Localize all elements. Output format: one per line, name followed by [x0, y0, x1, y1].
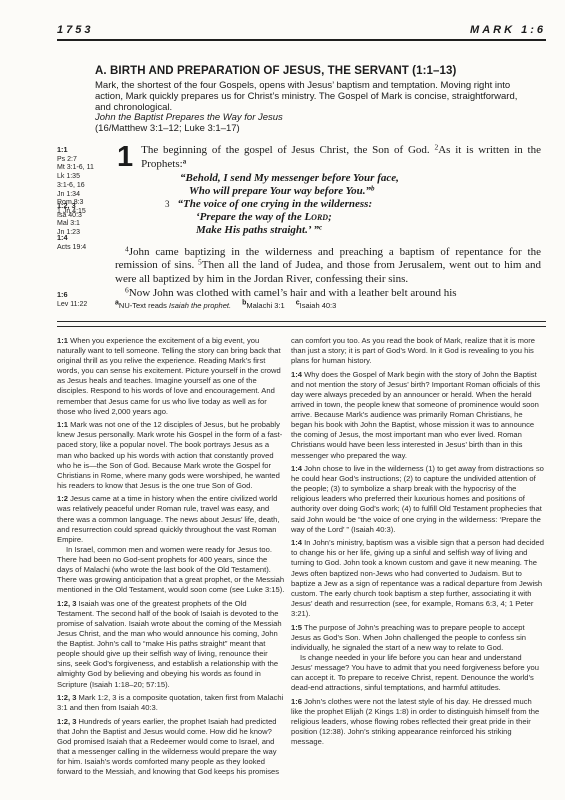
note-verse-label: 1:6: [291, 697, 302, 706]
page-header: 1753 MARK 1:6: [57, 24, 546, 36]
verse-1-2-paragraph: 1The beginning of the gospel of Jesus Ch…: [115, 144, 541, 172]
commentary-note: 1:6 John’s clothes were not the latest s…: [291, 697, 544, 747]
commentary-column-left: 1:1 When you experience the excitement o…: [57, 336, 285, 781]
note-verse-label: 1:5: [291, 623, 302, 632]
page-number: 1753: [57, 24, 93, 36]
poetry-line-text: “Behold, I send My messenger before Your…: [180, 172, 399, 184]
note-verse-label: 1:2, 3: [57, 599, 76, 608]
note-text: John chose to live in the wilderness (1)…: [291, 464, 544, 534]
note-text: In John’s ministry, baptism was a visibl…: [291, 538, 544, 618]
commentary-divider-rule: [57, 321, 546, 327]
poetry-line-5: Make His paths straight.’ ”c: [165, 224, 541, 237]
margin-ref-list: Lev 11:22: [57, 301, 111, 310]
commentary-note: 1:2, 3 Isaiah was one of the greatest pr…: [57, 599, 285, 690]
note-text: Why does the Gospel of Mark begin with t…: [291, 370, 540, 460]
note-verse-label: 1:2: [57, 494, 68, 503]
chapter-number: 1: [115, 144, 141, 170]
poetry-line-3: 3“The voice of one crying in the wildern…: [165, 198, 541, 211]
note-verse-label: 1:2, 3: [57, 717, 76, 726]
poetry-line-1: “Behold, I send My messenger before Your…: [165, 172, 541, 185]
footnote-c-text: Isaiah 40:3: [300, 301, 337, 310]
commentary-note: 1:1 Mark was not one of the 12 disciples…: [57, 420, 285, 491]
note-verse-label: 1:4: [291, 464, 302, 473]
commentary-note: Is change needed in your life before you…: [291, 653, 544, 693]
scripture-block: 1:1 Ps 2:7 Mt 3:1-6, 11 Lk 1:35 3:1-6, 1…: [57, 144, 546, 312]
commentary-section: 1:1 When you experience the excitement o…: [57, 336, 546, 781]
verse-6-paragraph: 6Now John was clothed with camel’s hair …: [115, 287, 541, 301]
note-text: Mark 1:2, 3 is a composite quotation, ta…: [57, 693, 283, 712]
note-text: When you experience the excitement of a …: [57, 336, 281, 416]
section-intro: Mark, the shortest of the four Gospels, …: [95, 81, 527, 113]
note-verse-label: 1:4: [291, 538, 302, 547]
verse-6-text: Now John was clothed with camel’s hair a…: [129, 287, 457, 299]
commentary-column-right: can comfort you too. As you read the boo…: [291, 336, 544, 781]
section-heading: A. BIRTH AND PREPARATION OF JESUS, THE S…: [95, 65, 527, 78]
section-header: A. BIRTH AND PREPARATION OF JESUS, THE S…: [95, 65, 527, 135]
poetry-line-text: ‘Prepare the way of the: [196, 211, 304, 223]
bible-text: 1The beginning of the gospel of Jesus Ch…: [115, 144, 541, 310]
poetry-line-text: Who will prepare Your way before You.”: [189, 185, 371, 197]
commentary-note: 1:1 When you experience the excitement o…: [57, 336, 285, 417]
note-text: Isaiah was one of the greatest prophets …: [57, 599, 282, 689]
footnote-marker-b: b: [371, 184, 375, 192]
commentary-note: 1:2, 3 Hundreds of years earlier, the pr…: [57, 717, 285, 778]
footnote-b: bMalachi 3:1: [242, 301, 285, 310]
note-verse-label: 1:1: [57, 336, 68, 345]
commentary-note: 1:5 The purpose of John’s preaching was …: [291, 623, 544, 653]
note-text: John’s clothes were not the latest style…: [291, 697, 539, 746]
footnote-a: aNU-Text reads Isaiah the prophet.: [115, 301, 231, 310]
note-text: Mark was not one of the 12 disciples of …: [57, 420, 282, 490]
margin-ref-verse: 1:4: [57, 234, 111, 243]
poetry-line-4: ‘Prepare the way of the Lord;: [165, 211, 541, 224]
note-text: The purpose of John’s preaching was to p…: [291, 623, 526, 652]
header-rule: [57, 39, 546, 41]
poetry-line-text: Make His paths straight.’ ”: [196, 224, 319, 236]
verse-4-5-paragraph: 4John came baptizing in the wilderness a…: [115, 246, 541, 287]
note-verse-label: 1:2, 3: [57, 693, 76, 702]
footnotes: aNU-Text reads Isaiah the prophet.bMalac…: [115, 301, 541, 310]
note-text: In Israel, common men and women were rea…: [57, 545, 284, 594]
pericope-refs: (16/Matthew 3:1–12; Luke 3:1–17): [95, 124, 527, 135]
margin-ref-verse: 1:6: [57, 291, 111, 300]
note-text: Jesus came at a time in history when the…: [57, 494, 279, 543]
commentary-note: 1:4 John chose to live in the wilderness…: [291, 464, 544, 535]
poetry-line-text: “The voice of one crying in the wilderne…: [178, 198, 373, 210]
note-text: can comfort you too. As you read the boo…: [291, 336, 535, 365]
footnote-marker-a: a: [183, 157, 187, 165]
note-verse-label: 1:4: [291, 370, 302, 379]
verse-3-number: 3: [165, 199, 178, 209]
commentary-note: can comfort you too. As you read the boo…: [291, 336, 544, 366]
lord-small-caps: Lord: [304, 211, 328, 223]
commentary-note: In Israel, common men and women were rea…: [57, 545, 285, 595]
poetry-line-2: Who will prepare Your way before You.”b: [165, 185, 541, 198]
footnote-a-text: NU-Text reads: [119, 301, 169, 310]
note-text: Is change needed in your life before you…: [291, 653, 539, 692]
commentary-note: 1:2 Jesus came at a time in history when…: [57, 494, 285, 544]
margin-ref-list: Acts 19:4: [57, 244, 111, 253]
margin-ref-verse: 1:1: [57, 146, 111, 155]
margin-ref-group-1-4: 1:4 Acts 19:4: [57, 234, 111, 252]
footnote-marker-c: c: [319, 224, 322, 232]
footnote-b-text: Malachi 3:1: [246, 301, 284, 310]
poetry-quotation: “Behold, I send My messenger before Your…: [165, 172, 541, 238]
footnote-a-source: Isaiah the prophet.: [169, 301, 231, 310]
poetry-line-text: ;: [328, 211, 332, 223]
margin-ref-verse: 1:2, 3: [57, 202, 111, 211]
commentary-note: 1:4 Why does the Gospel of Mark begin wi…: [291, 370, 544, 461]
verse-1-text: The beginning of the gospel of Jesus Chr…: [141, 144, 434, 156]
margin-ref-group-1-6: 1:6 Lev 11:22: [57, 291, 111, 309]
bible-page: 1753 MARK 1:6 A. BIRTH AND PREPARATION O…: [0, 0, 565, 800]
note-text: Hundreds of years earlier, the prophet I…: [57, 717, 279, 776]
running-head: MARK 1:6: [470, 24, 546, 36]
commentary-note: 1:2, 3 Mark 1:2, 3 is a composite quotat…: [57, 693, 285, 713]
commentary-note: 1:4 In John’s ministry, baptism was a vi…: [291, 538, 544, 619]
note-verse-label: 1:1: [57, 420, 68, 429]
footnote-c: cIsaiah 40:3: [296, 301, 337, 310]
